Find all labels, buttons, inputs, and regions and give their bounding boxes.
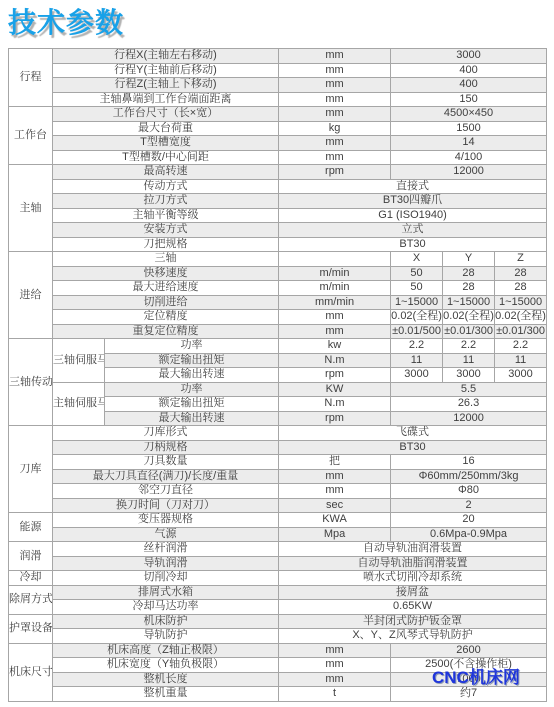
value-cell: 3000 — [495, 368, 547, 383]
value-cell: 1~15000 — [495, 295, 547, 310]
param-cell: 变压器规格 — [53, 513, 279, 528]
subgroup-label: 主轴伺服马达 — [53, 382, 105, 426]
param-cell: 主轴鼻端到工作台端面距离 — [53, 92, 279, 107]
table-row: 机床尺寸机床高度（Z轴正极限）mm2600 — [9, 643, 547, 658]
unit-cell: Mpa — [279, 527, 391, 542]
table-row: 传动方式直接式 — [9, 179, 547, 194]
unit-cell: mm — [279, 643, 391, 658]
value-cell: 飞碟式 — [279, 426, 547, 441]
unit-cell: kw — [279, 339, 391, 354]
value-cell: 11 — [495, 353, 547, 368]
table-row: 主轴最高转速rpm12000 — [9, 165, 547, 180]
value-cell: X、Y、Z风琴式导轨防护 — [279, 629, 547, 644]
param-cell: 排屑式水箱 — [53, 585, 279, 600]
value-cell: 接屑盆 — [279, 585, 547, 600]
value-cell: 12000 — [391, 411, 547, 426]
watermark: CNC机床网 — [432, 663, 520, 688]
value-cell: 12000 — [391, 165, 547, 180]
unit-cell: mm — [279, 92, 391, 107]
table-row: 拉刀方式BT30四瓣爪 — [9, 194, 547, 209]
value-cell: 约7 — [391, 687, 547, 702]
value-cell: Φ60mm/250mm/3kg — [391, 469, 547, 484]
table-row: 护罩设备机床防护半封闭式防护钣金罩 — [9, 614, 547, 629]
unit-cell: t — [279, 687, 391, 702]
value-cell: 14 — [391, 136, 547, 151]
group-label: 除屑方式 — [9, 585, 53, 614]
param-cell: 导轨润滑 — [53, 556, 279, 571]
value-cell: 0.02(全程) — [391, 310, 443, 325]
param-cell: 丝杆润滑 — [53, 542, 279, 557]
value-cell: BT30四瓣爪 — [279, 194, 547, 209]
unit-cell: mm — [279, 310, 391, 325]
value-cell: 28 — [495, 266, 547, 281]
unit-cell: kg — [279, 121, 391, 136]
table-row: 主轴伺服马达功率KW5.5 — [9, 382, 547, 397]
unit-cell: sec — [279, 498, 391, 513]
table-row: 三轴传动规格三轴伺服马达功率kw2.22.22.2 — [9, 339, 547, 354]
unit-cell: mm — [279, 150, 391, 165]
unit-cell: mm — [279, 136, 391, 151]
table-row: 定位精度mm0.02(全程)0.02(全程)0.02(全程) — [9, 310, 547, 325]
unit-cell: mm — [279, 63, 391, 78]
param-cell: 最高转速 — [53, 165, 279, 180]
param-cell: 最大刀具直径(满刀)/长度/重量 — [53, 469, 279, 484]
table-row: 导轨润滑自动导轨油脂润滑装置 — [9, 556, 547, 571]
table-row: 除屑方式排屑式水箱接屑盆 — [9, 585, 547, 600]
value-cell: ±0.01/500 — [391, 324, 443, 339]
param-cell: 气源 — [53, 527, 279, 542]
param-cell: 额定输出扭矩 — [105, 353, 279, 368]
value-cell: 自动导轨油脂润滑装置 — [279, 556, 547, 571]
group-label: 行程 — [9, 49, 53, 107]
group-label: 机床尺寸 — [9, 643, 53, 701]
value-cell: 11 — [443, 353, 495, 368]
table-row: 重复定位精度mm±0.01/500±0.01/300±0.01/300 — [9, 324, 547, 339]
param-cell: 刀柄规格 — [53, 440, 279, 455]
value-cell: 4500×450 — [391, 107, 547, 122]
param-cell: 行程Z(主轴上下移动) — [53, 78, 279, 93]
unit-cell: rpm — [279, 411, 391, 426]
table-row: 最大进给速度m/min502828 — [9, 281, 547, 296]
value-cell: G1 (ISO1940) — [279, 208, 547, 223]
param-cell: 导轨防护 — [53, 629, 279, 644]
group-label: 刀库 — [9, 426, 53, 513]
unit-cell: mm — [279, 469, 391, 484]
value-cell: 0.02(全程) — [495, 310, 547, 325]
param-cell: 安装方式 — [53, 223, 279, 238]
table-row: 切削进给mm/min1~150001~150001~15000 — [9, 295, 547, 310]
value-cell: 400 — [391, 78, 547, 93]
table-row: 润滑丝杆润滑自动导轨油润滑装置 — [9, 542, 547, 557]
unit-cell: mm — [279, 658, 391, 673]
value-cell: 2 — [391, 498, 547, 513]
value-cell: Φ80 — [391, 484, 547, 499]
table-row: 最大台荷重kg1500 — [9, 121, 547, 136]
group-label: 工作台 — [9, 107, 53, 165]
group-label: 冷却 — [9, 571, 53, 586]
unit-cell: m/min — [279, 266, 391, 281]
param-cell: 最大进给速度 — [53, 281, 279, 296]
param-cell: 刀具数量 — [53, 455, 279, 470]
value-cell: Y — [443, 252, 495, 267]
value-cell: 26.3 — [391, 397, 547, 412]
value-cell: 28 — [495, 281, 547, 296]
value-cell: X — [391, 252, 443, 267]
value-cell: 50 — [391, 281, 443, 296]
group-label: 润滑 — [9, 542, 53, 571]
group-label: 主轴 — [9, 165, 53, 252]
param-cell: T型槽数/中心间距 — [53, 150, 279, 165]
param-cell: 最大输出转速 — [105, 411, 279, 426]
value-cell: 11 — [391, 353, 443, 368]
unit-cell: m/min — [279, 281, 391, 296]
table-row: 邻空刀直径mmΦ80 — [9, 484, 547, 499]
param-cell: 机床防护 — [53, 614, 279, 629]
value-cell: 0.02(全程) — [443, 310, 495, 325]
param-cell: 机床高度（Z轴正极限） — [53, 643, 279, 658]
table-row: 工作台工作台尺寸（长×宽）mm4500×450 — [9, 107, 547, 122]
value-cell: 自动导轨油润滑装置 — [279, 542, 547, 557]
value-cell: 16 — [391, 455, 547, 470]
page: 技术参数 行程行程X(主轴左右移动)mm3000行程Y(主轴前后移动)mm400… — [0, 0, 554, 707]
param-cell: 快移速度 — [53, 266, 279, 281]
param-cell: 功率 — [105, 382, 279, 397]
table-row: 整机重量t约7 — [9, 687, 547, 702]
unit-cell: mm — [279, 78, 391, 93]
value-cell: 2600 — [391, 643, 547, 658]
value-cell: 150 — [391, 92, 547, 107]
table-row: 行程Z(主轴上下移动)mm400 — [9, 78, 547, 93]
table-row: T型槽数/中心间距mm4/100 — [9, 150, 547, 165]
value-cell: 1~15000 — [391, 295, 443, 310]
table-row: 刀把规格BT30 — [9, 237, 547, 252]
unit-cell: mm — [279, 484, 391, 499]
table-row: 进给三轴XYZ — [9, 252, 547, 267]
unit-cell: rpm — [279, 165, 391, 180]
value-cell: 2.2 — [391, 339, 443, 354]
spec-table: 行程行程X(主轴左右移动)mm3000行程Y(主轴前后移动)mm400行程Z(主… — [8, 48, 547, 702]
param-cell: 拉刀方式 — [53, 194, 279, 209]
table-row: 换刀时间（刀对刀）sec2 — [9, 498, 547, 513]
table-row: 刀库刀库形式飞碟式 — [9, 426, 547, 441]
value-cell: 0.65KW — [279, 600, 547, 615]
table-row: 冷却马达功率0.65KW — [9, 600, 547, 615]
value-cell: 1~15000 — [443, 295, 495, 310]
value-cell: 2.2 — [495, 339, 547, 354]
value-cell: 1500 — [391, 121, 547, 136]
param-cell: 三轴 — [53, 252, 279, 267]
param-cell: 定位精度 — [53, 310, 279, 325]
group-label: 能源 — [9, 513, 53, 542]
page-title: 技术参数 — [8, 1, 124, 41]
param-cell: 切削冷却 — [53, 571, 279, 586]
unit-cell: mm — [279, 324, 391, 339]
value-cell: 3000 — [391, 368, 443, 383]
unit-cell: 把 — [279, 455, 391, 470]
table-row: 导轨防护X、Y、Z风琴式导轨防护 — [9, 629, 547, 644]
table-row: T型槽宽度mm14 — [9, 136, 547, 151]
spec-table-body: 行程行程X(主轴左右移动)mm3000行程Y(主轴前后移动)mm400行程Z(主… — [9, 49, 547, 702]
value-cell: 3000 — [443, 368, 495, 383]
param-cell: 额定输出扭矩 — [105, 397, 279, 412]
table-row: 刀柄规格BT30 — [9, 440, 547, 455]
unit-cell: mm — [279, 107, 391, 122]
unit-cell: mm — [279, 672, 391, 687]
value-cell: 2.2 — [443, 339, 495, 354]
subgroup-label: 三轴伺服马达 — [53, 339, 105, 383]
value-cell: ±0.01/300 — [443, 324, 495, 339]
value-cell: 直接式 — [279, 179, 547, 194]
value-cell: 半封闭式防护钣金罩 — [279, 614, 547, 629]
param-cell: 换刀时间（刀对刀） — [53, 498, 279, 513]
value-cell: Z — [495, 252, 547, 267]
value-cell: 3000 — [391, 49, 547, 64]
unit-cell: KW — [279, 382, 391, 397]
group-label: 护罩设备 — [9, 614, 53, 643]
param-cell: 刀把规格 — [53, 237, 279, 252]
param-cell: 切削进给 — [53, 295, 279, 310]
unit-cell: rpm — [279, 368, 391, 383]
param-cell: 主轴平衡等级 — [53, 208, 279, 223]
table-row: 快移速度m/min502828 — [9, 266, 547, 281]
param-cell: 刀库形式 — [53, 426, 279, 441]
value-cell: BT30 — [279, 237, 547, 252]
unit-cell: KWA — [279, 513, 391, 528]
value-cell: 5.5 — [391, 382, 547, 397]
value-cell: 0.6Mpa-0.9Mpa — [391, 527, 547, 542]
param-cell: 冷却马达功率 — [53, 600, 279, 615]
value-cell: ±0.01/300 — [495, 324, 547, 339]
value-cell: 4/100 — [391, 150, 547, 165]
unit-cell: N.m — [279, 353, 391, 368]
unit-cell: mm/min — [279, 295, 391, 310]
table-row: 能源变压器规格KWA20 — [9, 513, 547, 528]
group-label: 进给 — [9, 252, 53, 339]
param-cell: 整机长度 — [53, 672, 279, 687]
value-cell: 20 — [391, 513, 547, 528]
param-cell: 邻空刀直径 — [53, 484, 279, 499]
unit-cell: mm — [279, 49, 391, 64]
value-cell: 立式 — [279, 223, 547, 238]
table-row: 主轴平衡等级G1 (ISO1940) — [9, 208, 547, 223]
param-cell: 最大输出转速 — [105, 368, 279, 383]
table-row: 主轴鼻端到工作台端面距离mm150 — [9, 92, 547, 107]
value-cell: 50 — [391, 266, 443, 281]
value-cell: 28 — [443, 266, 495, 281]
value-cell: 400 — [391, 63, 547, 78]
table-row: 最大刀具直径(满刀)/长度/重量mmΦ60mm/250mm/3kg — [9, 469, 547, 484]
table-row: 气源Mpa0.6Mpa-0.9Mpa — [9, 527, 547, 542]
param-cell: 整机重量 — [53, 687, 279, 702]
value-cell: 28 — [443, 281, 495, 296]
param-cell: T型槽宽度 — [53, 136, 279, 151]
param-cell: 工作台尺寸（长×宽） — [53, 107, 279, 122]
param-cell: 行程Y(主轴前后移动) — [53, 63, 279, 78]
table-row: 行程Y(主轴前后移动)mm400 — [9, 63, 547, 78]
param-cell: 重复定位精度 — [53, 324, 279, 339]
param-cell: 行程X(主轴左右移动) — [53, 49, 279, 64]
unit-cell: N.m — [279, 397, 391, 412]
value-cell: 喷水式切削冷却系统 — [279, 571, 547, 586]
param-cell: 机床宽度（Y轴负极限） — [53, 658, 279, 673]
unit-cell — [279, 252, 391, 267]
table-row: 冷却切削冷却喷水式切削冷却系统 — [9, 571, 547, 586]
param-cell: 最大台荷重 — [53, 121, 279, 136]
param-cell: 传动方式 — [53, 179, 279, 194]
param-cell: 功率 — [105, 339, 279, 354]
value-cell: BT30 — [279, 440, 547, 455]
table-row: 安装方式立式 — [9, 223, 547, 238]
table-row: 行程行程X(主轴左右移动)mm3000 — [9, 49, 547, 64]
table-row: 刀具数量把16 — [9, 455, 547, 470]
group-label: 三轴传动规格 — [9, 339, 53, 426]
